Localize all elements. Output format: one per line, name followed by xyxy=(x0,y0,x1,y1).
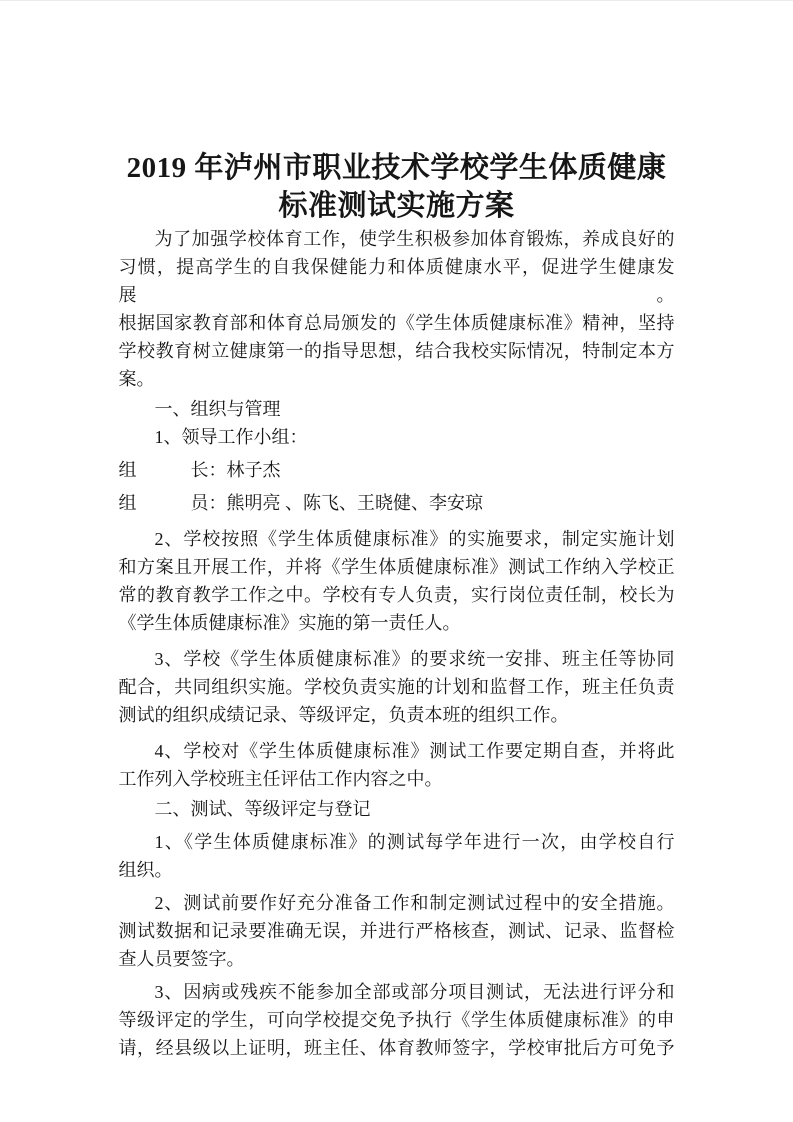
body-line: 《学生体质健康标准》实施的第一责任人。 xyxy=(119,609,675,637)
body-line: 测试的组织成绩记录、等级评定，负责本班的组织工作。 xyxy=(119,701,675,729)
body-line: 案。 xyxy=(119,365,675,393)
body-line: 2、学校按照《学生体质健康标准》的实施要求，制定实施计划 xyxy=(119,525,675,553)
title-line-1: 2019 年泸州市职业技术学校学生体质健康 xyxy=(117,149,677,187)
body-line: 为了加强学校体育工作，使学生积极参加体育锻炼，养成良好的 xyxy=(119,225,675,253)
body-line: 二、测试、等级评定与登记 xyxy=(119,795,675,823)
body-line: 3、因病或残疾不能参加全部或部分项目测试，无法进行评分和 xyxy=(119,978,675,1006)
body-line: 4、学校对《学生体质健康标准》测试工作要定期自查，并将此 xyxy=(119,737,675,765)
body-line: 1、《学生体质健康标准》的测试每学年进行一次，由学校自行 xyxy=(119,828,675,856)
title-line-2: 标准测试实施方案 xyxy=(117,187,677,225)
body-line: 习惯，提高学生的自我保健能力和体质健康水平，促进学生健康发展。 xyxy=(119,253,675,309)
body-line: 1、领导工作小组： xyxy=(119,423,675,451)
document-body: 为了加强学校体育工作，使学生积极参加体育锻炼，养成良好的习惯，提高学生的自我保健… xyxy=(119,225,675,1062)
body-line: 组 员：熊明亮 、陈飞、王晓健、李安琼 xyxy=(119,489,675,517)
body-line: 请，经县级以上证明，班主任、体育教师签字，学校审批后方可免予 xyxy=(119,1034,675,1062)
body-line: 3、学校《学生体质健康标准》的要求统一安排、班主任等协同 xyxy=(119,645,675,673)
document-page: 2019 年泸州市职业技术学校学生体质健康 标准测试实施方案 为了加强学校体育工… xyxy=(0,0,793,1122)
body-line: 和方案且开展工作，并将《学生体质健康标准》测试工作纳入学校正 xyxy=(119,553,675,581)
body-line: 学校教育树立健康第一的指导思想，结合我校实际情况，特制定本方 xyxy=(119,337,675,365)
body-line: 查人员要签字。 xyxy=(119,945,675,973)
body-line: 根据国家教育部和体育总局颁发的《学生体质健康标准》精神，坚持 xyxy=(119,309,675,337)
body-line: 常的教育教学工作之中。学校有专人负责，实行岗位责任制，校长为 xyxy=(119,581,675,609)
body-line: 一、组织与管理 xyxy=(119,395,675,423)
body-line: 2、测试前要作好充分准备工作和制定测试过程中的安全措施。 xyxy=(119,889,675,917)
body-line: 组 长：林子杰 xyxy=(119,456,675,484)
document-title: 2019 年泸州市职业技术学校学生体质健康 标准测试实施方案 xyxy=(117,149,677,225)
body-line: 测试数据和记录要准确无误，并进行严格核查，测试、记录、监督检 xyxy=(119,917,675,945)
body-line: 组织。 xyxy=(119,856,675,884)
body-line: 配合，共同组织实施。学校负责实施的计划和监督工作，班主任负责 xyxy=(119,673,675,701)
body-line: 工作列入学校班主任评估工作内容之中。 xyxy=(119,765,675,793)
body-line: 等级评定的学生，可向学校提交免予执行《学生体质健康标准》的申 xyxy=(119,1006,675,1034)
